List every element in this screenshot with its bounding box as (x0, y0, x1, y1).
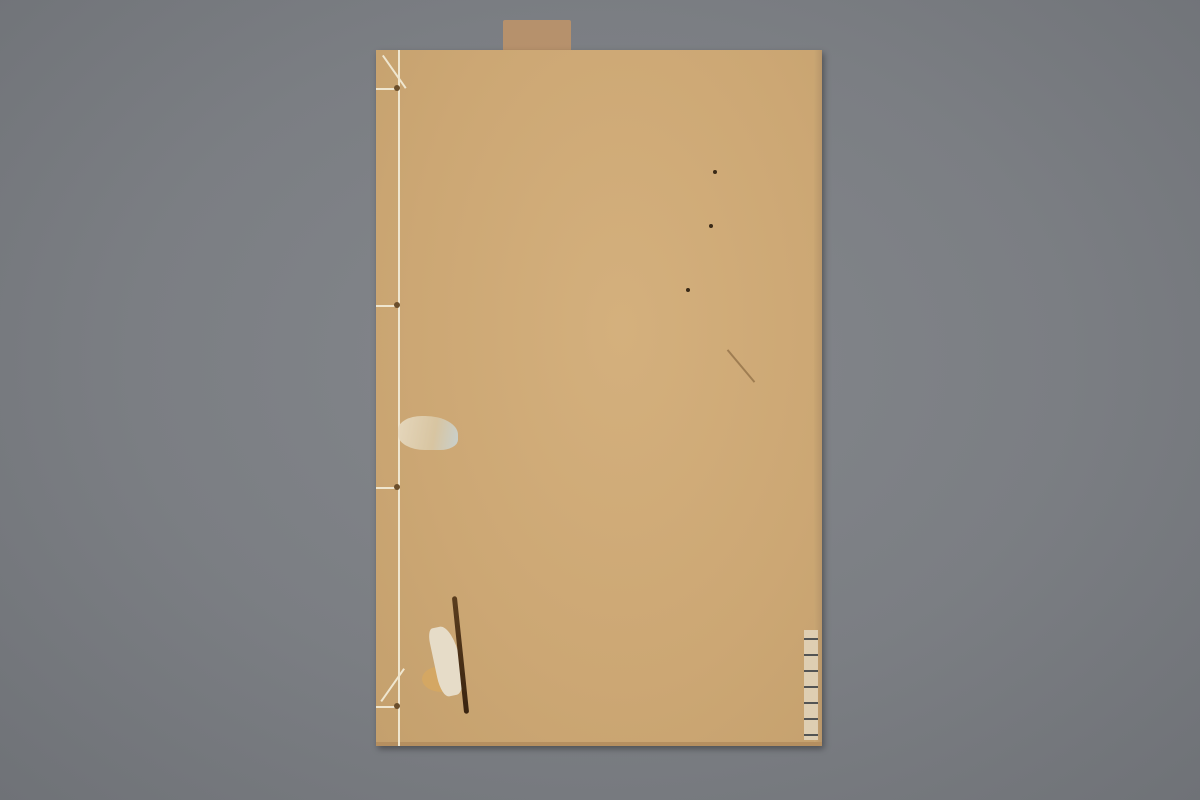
stitch-hole-4 (394, 703, 400, 709)
corner-stitch-top (382, 55, 407, 89)
frayed-edge-right (804, 630, 818, 740)
speck (713, 170, 717, 174)
speck (686, 288, 690, 292)
scratch-mark (727, 349, 756, 382)
stitch-hole-1 (394, 85, 400, 91)
corner-stitch-bottom (380, 668, 405, 702)
paper-tear (430, 596, 476, 716)
stitch-hole-3 (394, 484, 400, 490)
speck (709, 224, 713, 228)
stitch-hole-2 (394, 302, 400, 308)
book-cover (376, 50, 822, 746)
page-edge-bottom (376, 742, 822, 746)
paper-damage-left (398, 416, 458, 450)
binding-thread (398, 50, 400, 746)
